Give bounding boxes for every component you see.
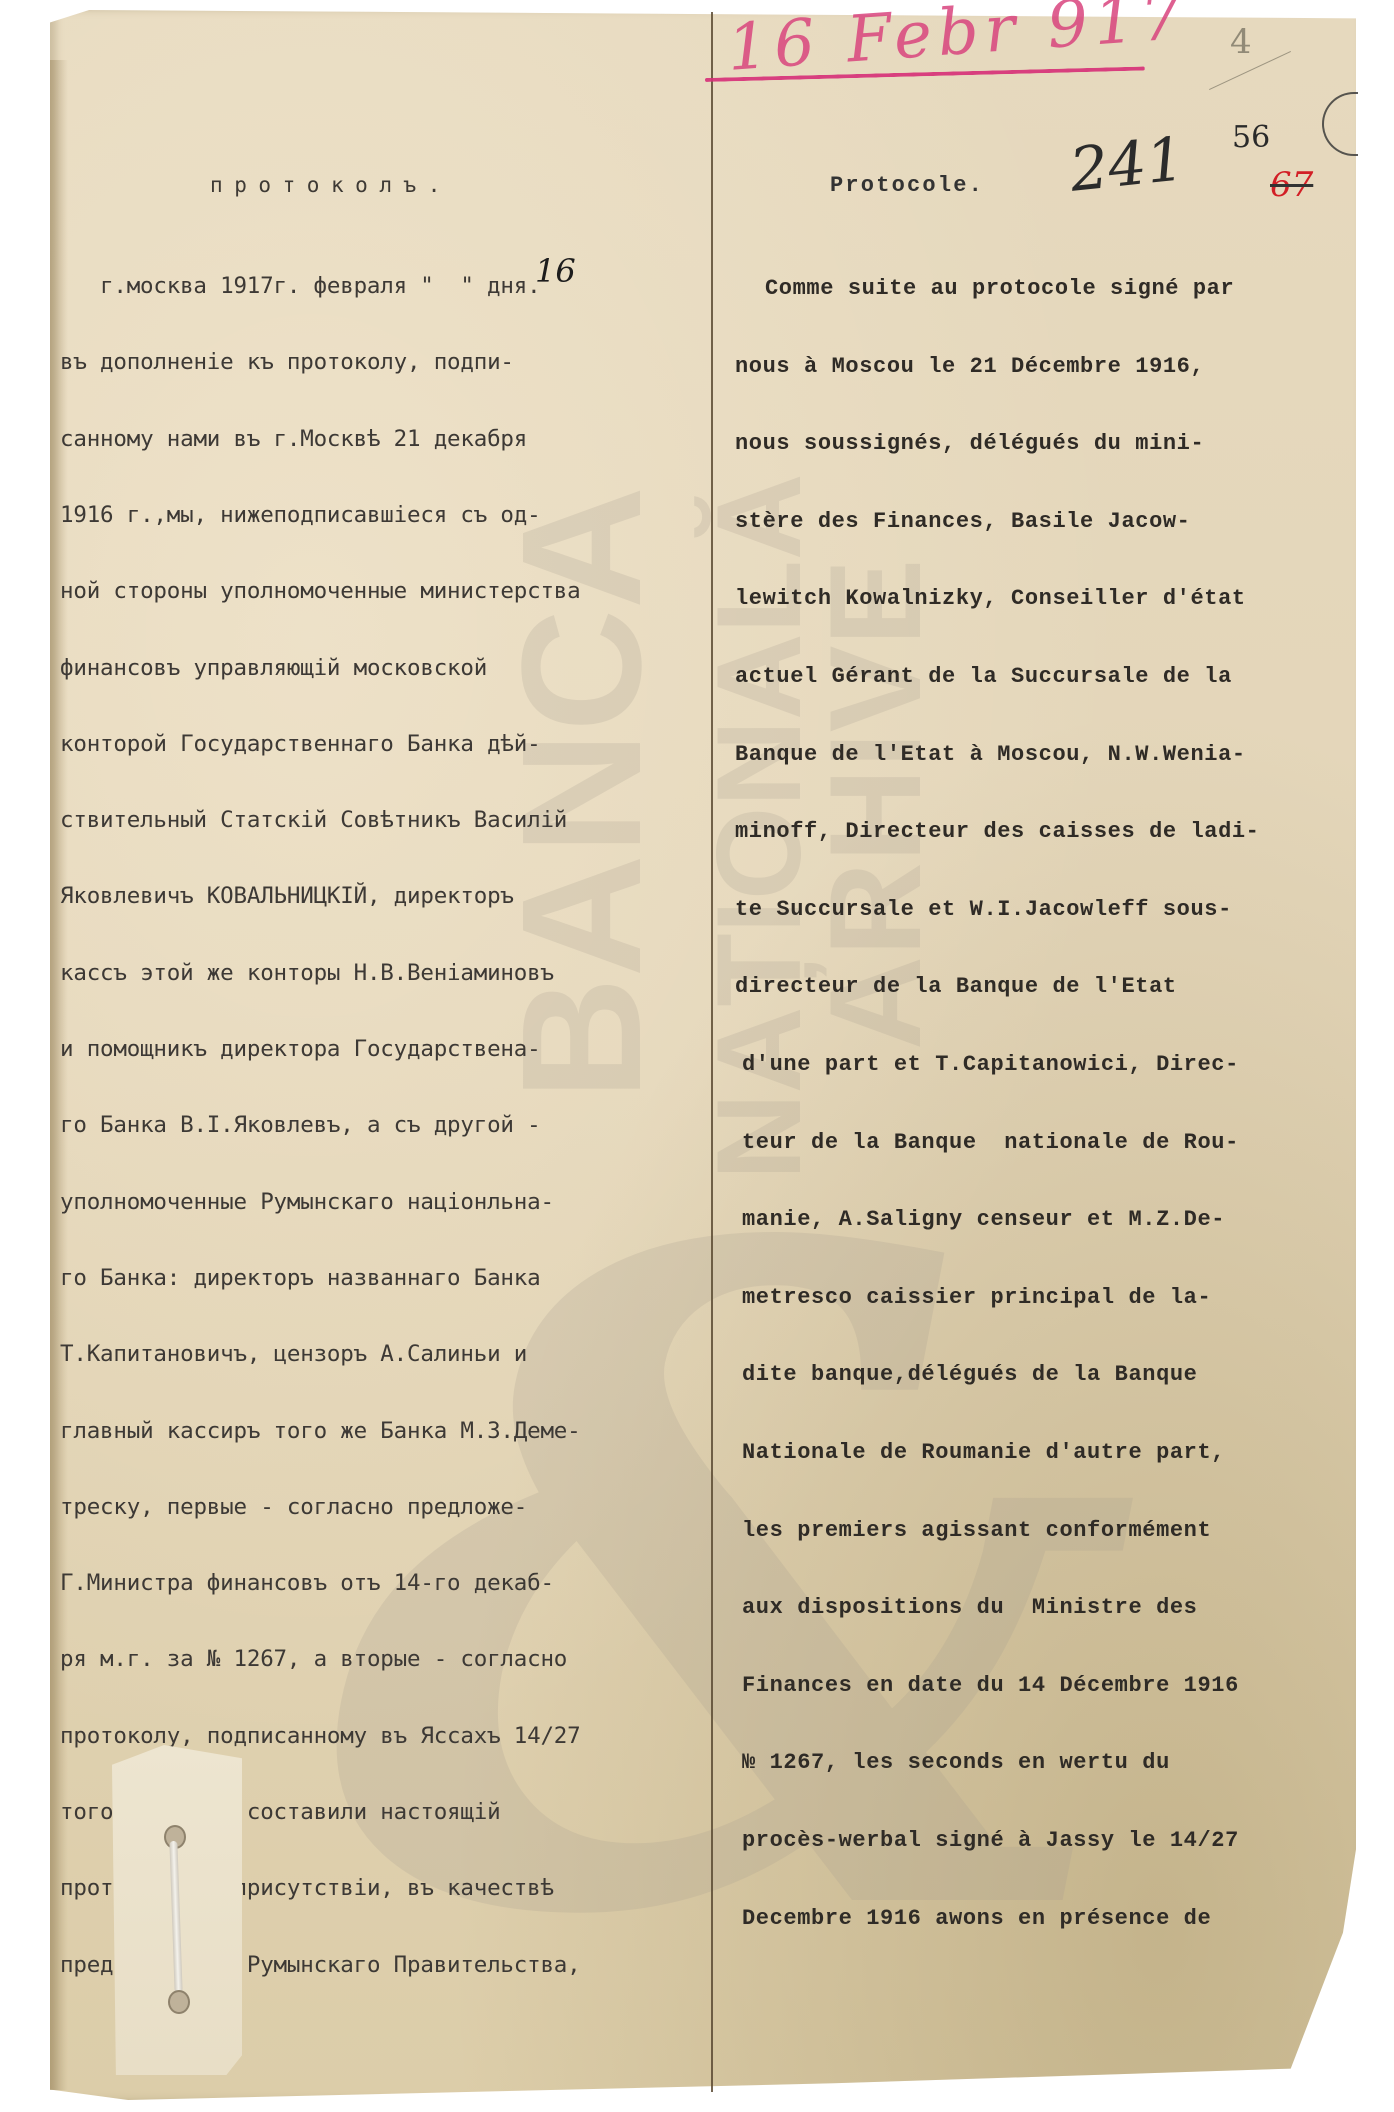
russian-text-line: 1916 г.,мы, нижеподписавшіеся съ од-	[60, 501, 540, 529]
page-number-new: 67	[1270, 165, 1313, 205]
french-text-line: lewitch Kowalnizky, Conseiller d'état	[735, 585, 1246, 613]
russian-text-line: и помощникъ директора Государствена-	[60, 1035, 540, 1063]
page-number-old: 56	[1232, 120, 1270, 155]
column-divider	[711, 12, 713, 2092]
french-text-line: d'une part et T.Capitanowici, Direc-	[742, 1051, 1239, 1079]
french-text-line: procès-werbal signé à Jassy le 14/27	[742, 1827, 1239, 1855]
russian-text-line: Т.Капитановичъ, цензоръ А.Салиньи и	[60, 1340, 527, 1368]
french-text-line: Finances en date du 14 Décembre 1916	[742, 1672, 1239, 1700]
french-text-line: dite banque,délégués de la Banque	[742, 1361, 1197, 1389]
tag-hole-icon	[168, 1990, 190, 2014]
handwritten-day: 16	[535, 252, 576, 290]
russian-text-line: ря м.г. за № 1267, а вторые - согласно	[60, 1645, 567, 1673]
pencil-mark: 4	[1230, 22, 1252, 62]
russian-text-line: конторой Государственнаго Банка дѣй-	[60, 730, 540, 758]
russian-text-line: ной стороны уполномоченные министерства	[60, 577, 581, 605]
french-title: Protocole.	[830, 173, 984, 198]
russian-text-line: протоколу, подписанному въ Яссахъ 14/27	[60, 1722, 581, 1750]
russian-text-line: треску, первые - согласно предложе-	[60, 1493, 527, 1521]
french-text-line: nous à Moscou le 21 Décembre 1916,	[735, 353, 1204, 381]
russian-text-line: го Банка В.І.Яковлевъ, а съ другой -	[60, 1111, 540, 1139]
binding-string	[169, 1841, 182, 1993]
french-text-line: stère des Finances, Basile Jacow-	[735, 508, 1190, 536]
russian-text-line: г.москва 1917г. февраля " " дня.	[100, 272, 540, 300]
french-text-line: minoff, Directeur des caisses de ladi-	[735, 818, 1259, 846]
french-text-line: actuel Gérant de la Succursale de la	[735, 663, 1232, 691]
russian-text-line: финансовъ управляющій московской	[60, 654, 487, 682]
russian-text-line: въ дополненіе къ протоколу, подпи-	[60, 348, 514, 376]
french-text-line: Banque de l'Etat à Moscou, N.W.Wenia-	[735, 741, 1246, 769]
french-text-line: Decembre 1916 awons en présence de	[742, 1905, 1211, 1933]
folio-number: 241	[1067, 124, 1188, 206]
russian-text-line: санному нами въ г.Москвѣ 21 декабря	[60, 425, 527, 453]
russian-text-line: кассъ этой же конторы Н.В.Веніаминовъ	[60, 959, 554, 987]
russian-text-line: уполномоченные Румынскаго націонльна-	[60, 1188, 554, 1216]
french-text-line: directeur de la Banque de l'Etat	[735, 973, 1177, 1001]
french-text-line: № 1267, les seconds en wertu du	[742, 1749, 1170, 1777]
french-text-line: Comme suite au protocole signé par	[765, 275, 1234, 303]
french-text-line: nous soussignés, délégués du mini-	[735, 430, 1204, 458]
russian-text-line: ствительный Статскій Совѣтникъ Василій	[60, 806, 567, 834]
french-text-line: Nationale de Roumanie d'autre part,	[742, 1439, 1225, 1467]
russian-text-line: Г.Министра финансовъ отъ 14-го декаб-	[60, 1569, 554, 1597]
french-text-line: aux dispositions du Ministre des	[742, 1594, 1197, 1622]
file-binding-tag	[112, 1745, 242, 2075]
russian-text-line: Яковлевичъ КОВАЛЬНИЦКІЙ, директоръ	[60, 882, 514, 910]
french-text-line: les premiers agissant conformément	[742, 1517, 1211, 1545]
french-text-line: te Succursale et W.I.Jacowleff sous-	[735, 896, 1232, 924]
french-text-line: manie, A.Saligny censeur et M.Z.De-	[742, 1206, 1225, 1234]
russian-text-line: главный кассиръ того же Банка М.З.Деме-	[60, 1417, 581, 1445]
page-number-old-value: 56	[1232, 120, 1270, 155]
russian-text-line: го Банка: директоръ названнаго Банка	[60, 1264, 540, 1292]
russian-title: протоколъ.	[210, 173, 452, 197]
french-text-line: metresco caissier principal de la-	[742, 1284, 1211, 1312]
french-text-line: teur de la Banque nationale de Rou-	[742, 1129, 1239, 1157]
